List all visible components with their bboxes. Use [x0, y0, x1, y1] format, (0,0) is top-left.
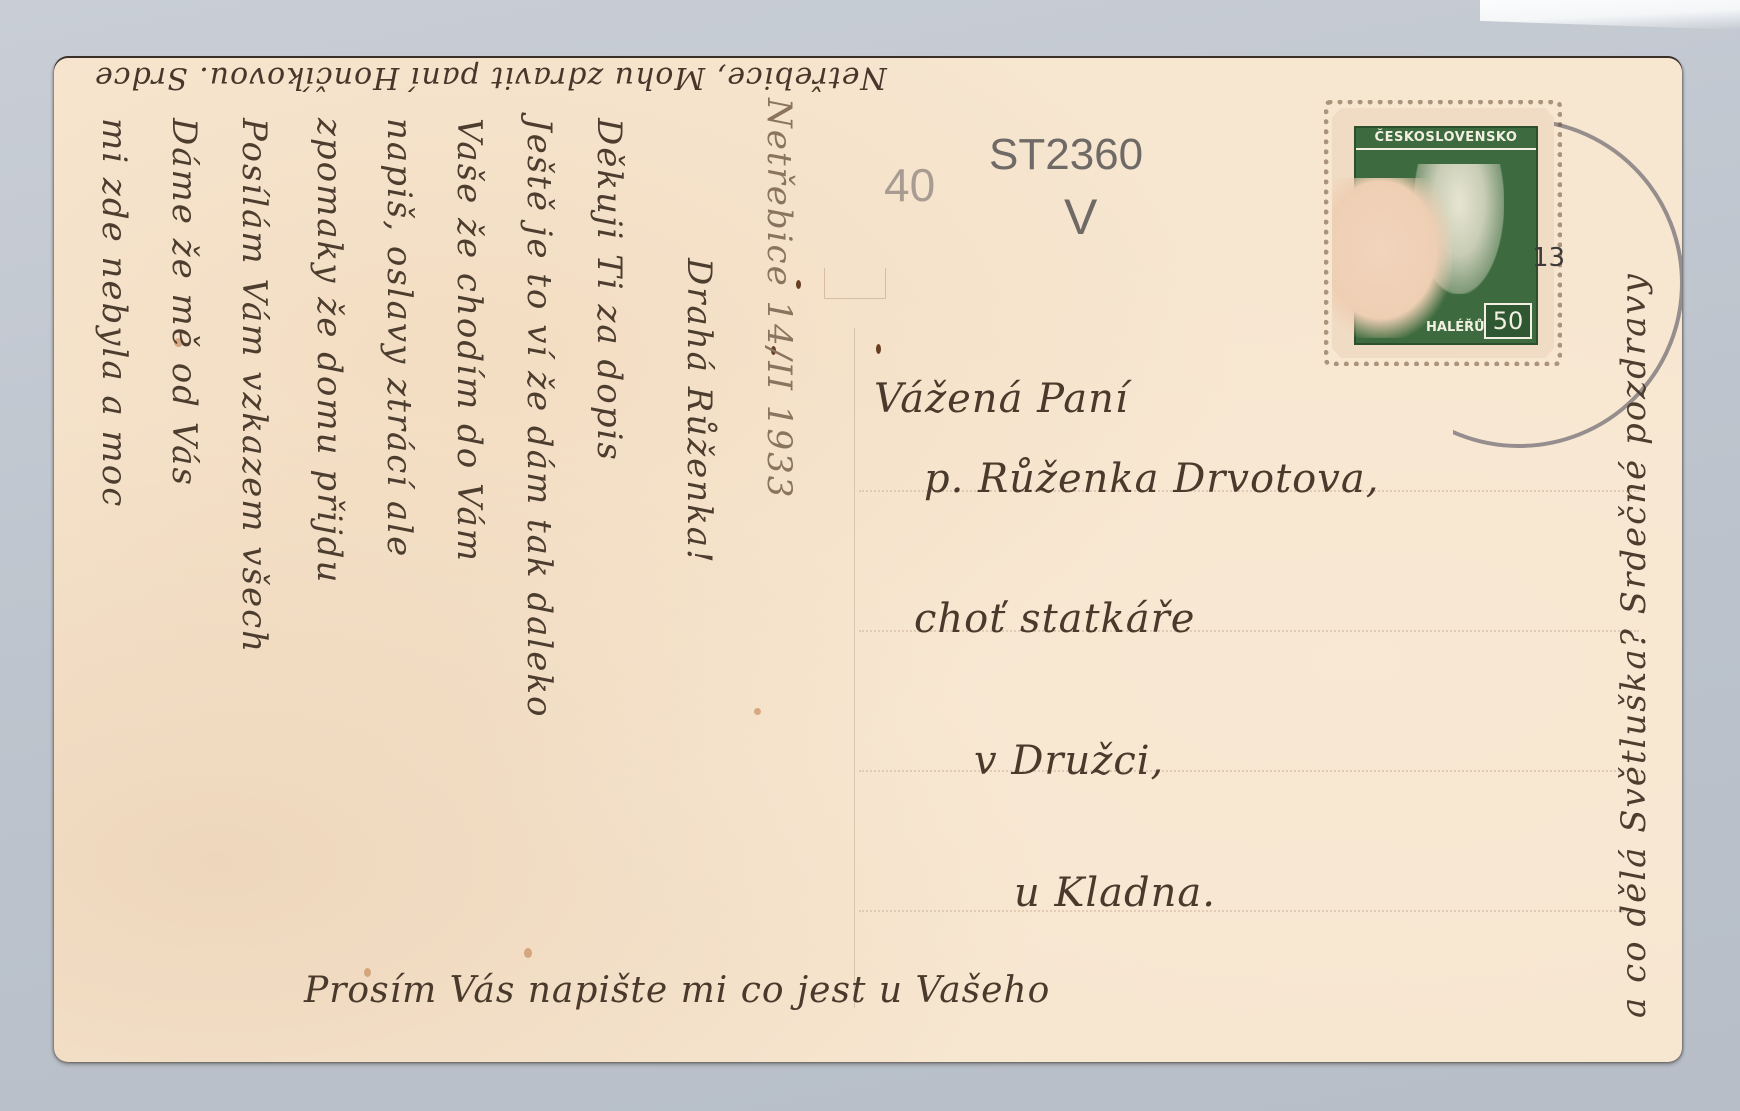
address-salutation: Vážená Paní: [874, 376, 1129, 422]
stamp-country: ČESKOSLOVENSKO: [1356, 130, 1536, 150]
postage-stamp: ČESKOSLOVENSKO HALÉŘŮ 50: [1332, 108, 1554, 358]
message-place-date: Netřebice 14/II 1933: [759, 98, 799, 499]
message-column: napiš, oslavy ztrácí ale: [379, 118, 419, 558]
message-bottom-line: Prosím Vás napište mi co jest u Vašeho: [304, 970, 1050, 1011]
message-greeting: Drahá Růženka!: [679, 258, 719, 565]
foxing-spot: [524, 948, 532, 958]
address-title: choť statkáře: [914, 596, 1195, 642]
check-mark: V: [1064, 188, 1097, 246]
background-glare: [1480, 0, 1740, 30]
postmark-date-digit: 13: [1532, 243, 1565, 273]
price-mark: 40: [884, 158, 935, 212]
address-district: u Kladna.: [1014, 870, 1216, 916]
stamp-damage: [1322, 178, 1452, 338]
address-rule-line: [859, 910, 1639, 912]
address-divider-line: [854, 328, 855, 1008]
message-column: Děkuji Ti za dopis: [589, 118, 629, 462]
message-column: Posílám Vám vzkazem všech: [234, 118, 274, 654]
ink-spot: [876, 344, 881, 354]
message-top-line: Netřebice, Mohu zdravit paní Hončíkovou.…: [94, 60, 1474, 95]
message-column: mi zde nebyla a moc: [94, 118, 134, 508]
stamp-denomination: 50: [1484, 303, 1532, 339]
message-right-edge: a co dělá Světluška? Srdečné pozdravy: [1614, 272, 1654, 1018]
printed-crown-mark: [824, 268, 886, 299]
message-column: Dáme že mě od Vás: [164, 118, 204, 487]
message-column: Vaše že chodím do Vám: [449, 118, 489, 563]
message-column: zpomaky že domu přijdu: [309, 118, 349, 584]
address-name: p. Růženka Drvotova,: [924, 456, 1379, 502]
inventory-code: ST2360: [989, 130, 1143, 180]
message-column: Ještě je to ví že dám tak daleko: [519, 118, 559, 718]
foxing-spot: [754, 708, 761, 715]
address-town: v Družci,: [974, 738, 1164, 784]
postcard: ST2360 40 V ČESKOSLOVENSKO HALÉŘŮ 50 13 …: [54, 58, 1682, 1062]
